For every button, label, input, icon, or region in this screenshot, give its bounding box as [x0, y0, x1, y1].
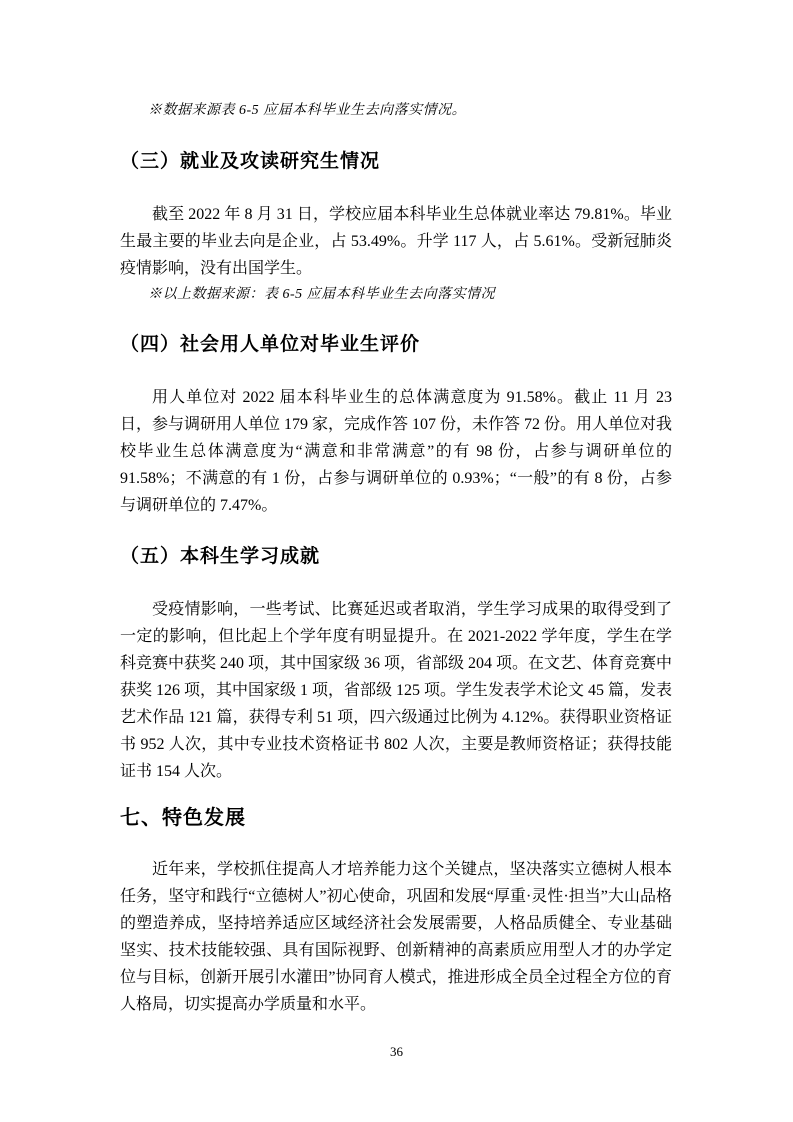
data-source-note-employment: ※以上数据来源：表 6-5 应届本科毕业生去向落实情况: [120, 285, 672, 305]
section-heading-employment: （三）就业及攻读研究生情况: [120, 149, 672, 175]
page-number: 36: [0, 1044, 793, 1060]
section-heading-learning-achievement: （五）本科生学习成就: [120, 544, 672, 570]
paragraph-employer-evaluation: 用人单位对 2022 届本科毕业生的总体满意度为 91.58%。截止 11 月 …: [120, 384, 672, 519]
section-heading-employer-evaluation: （四）社会用人单位对毕业生评价: [120, 332, 672, 358]
paragraph-employment: 截至 2022 年 8 月 31 日，学校应届本科毕业生总体就业率达 79.81…: [120, 201, 672, 282]
chapter-heading-featured-development: 七、特色发展: [120, 804, 672, 832]
paragraph-learning-achievement: 受疫情影响，一些考试、比赛延迟或者取消，学生学习成果的取得受到了一定的影响，但比…: [120, 596, 672, 785]
data-source-note-top: ※数据来源表 6-5 应届本科毕业生去向落实情况。: [120, 101, 672, 121]
paragraph-featured-development: 近年来，学校抓住提高人才培养能力这个关键点，坚决落实立德树人根本任务，坚守和践行…: [120, 856, 672, 1018]
document-page: ※数据来源表 6-5 应届本科毕业生去向落实情况。 （三）就业及攻读研究生情况 …: [0, 0, 793, 1122]
